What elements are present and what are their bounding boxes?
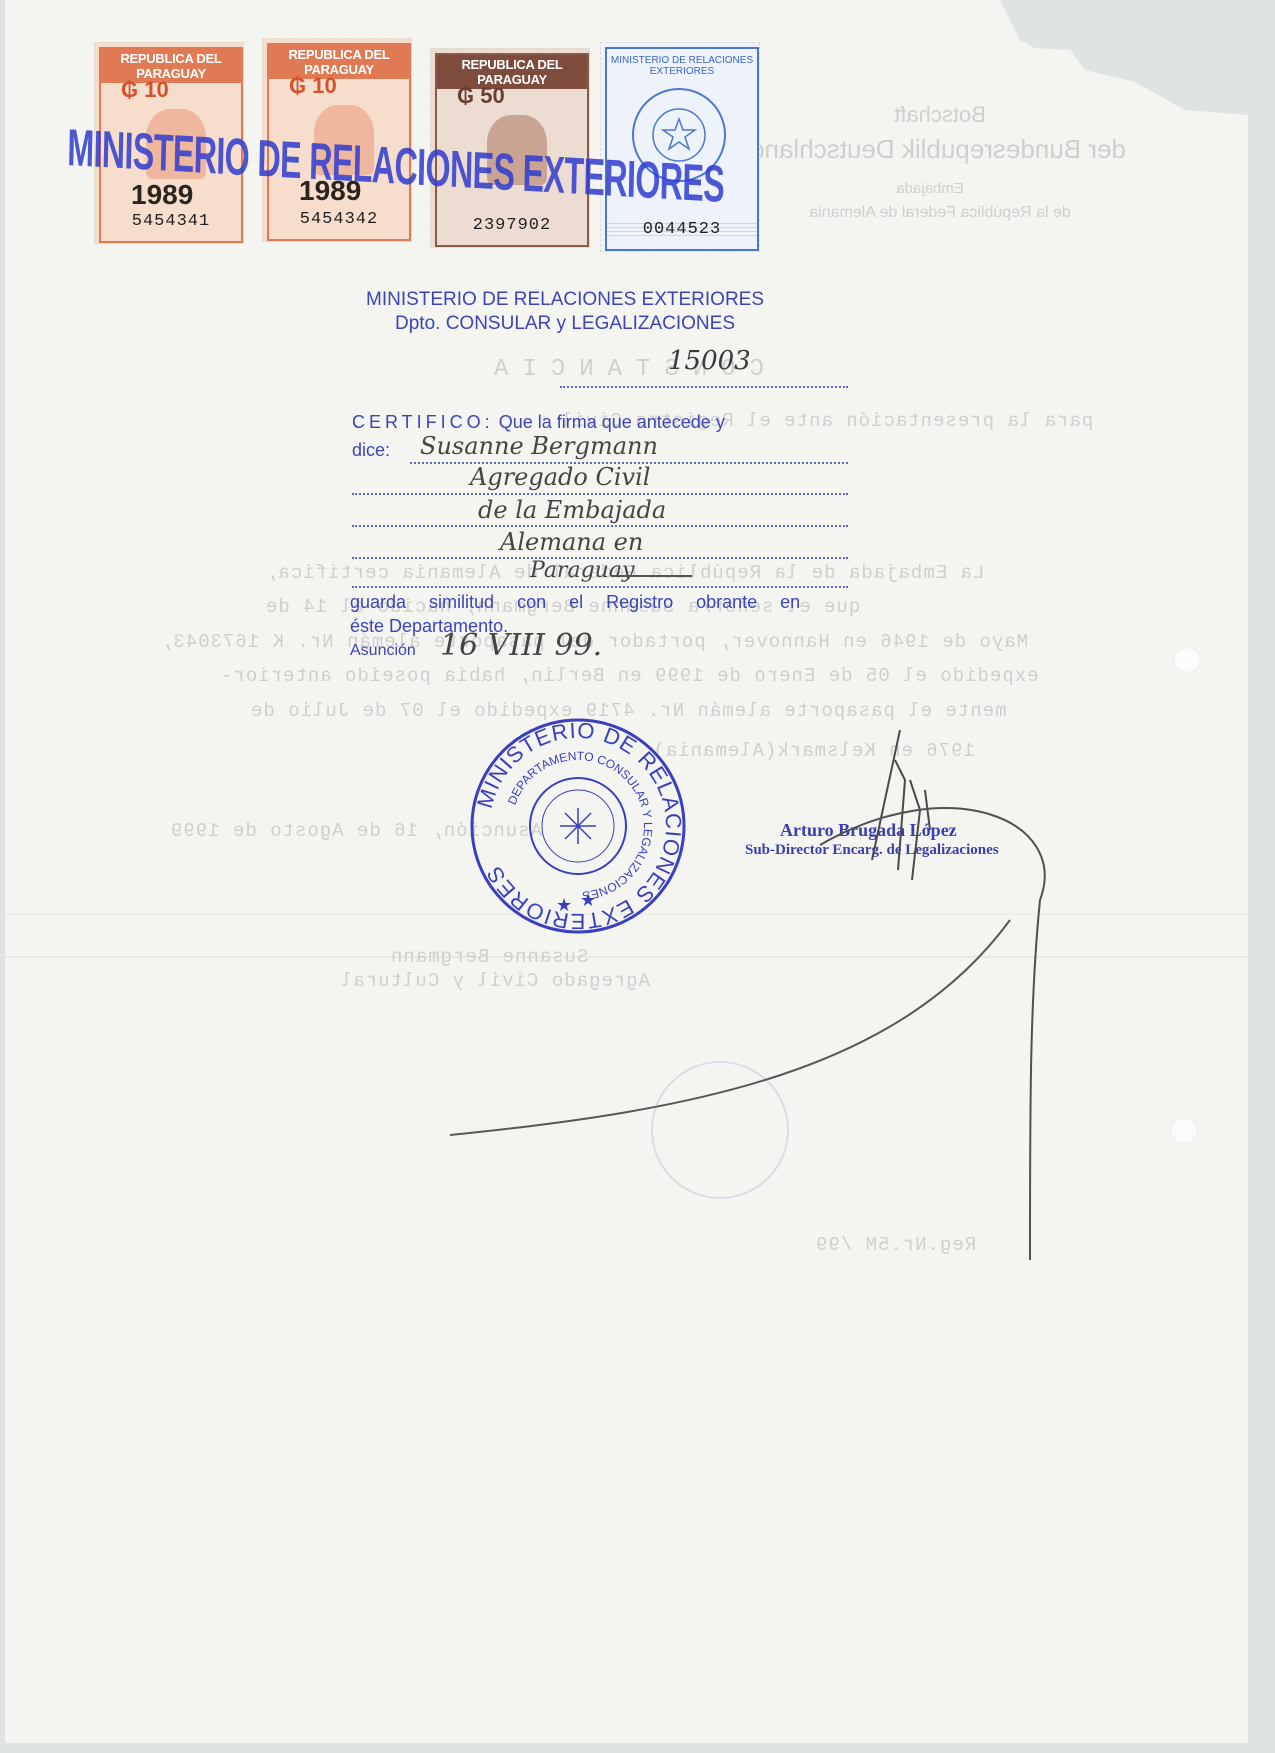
pen-signature — [0, 0, 1275, 1753]
